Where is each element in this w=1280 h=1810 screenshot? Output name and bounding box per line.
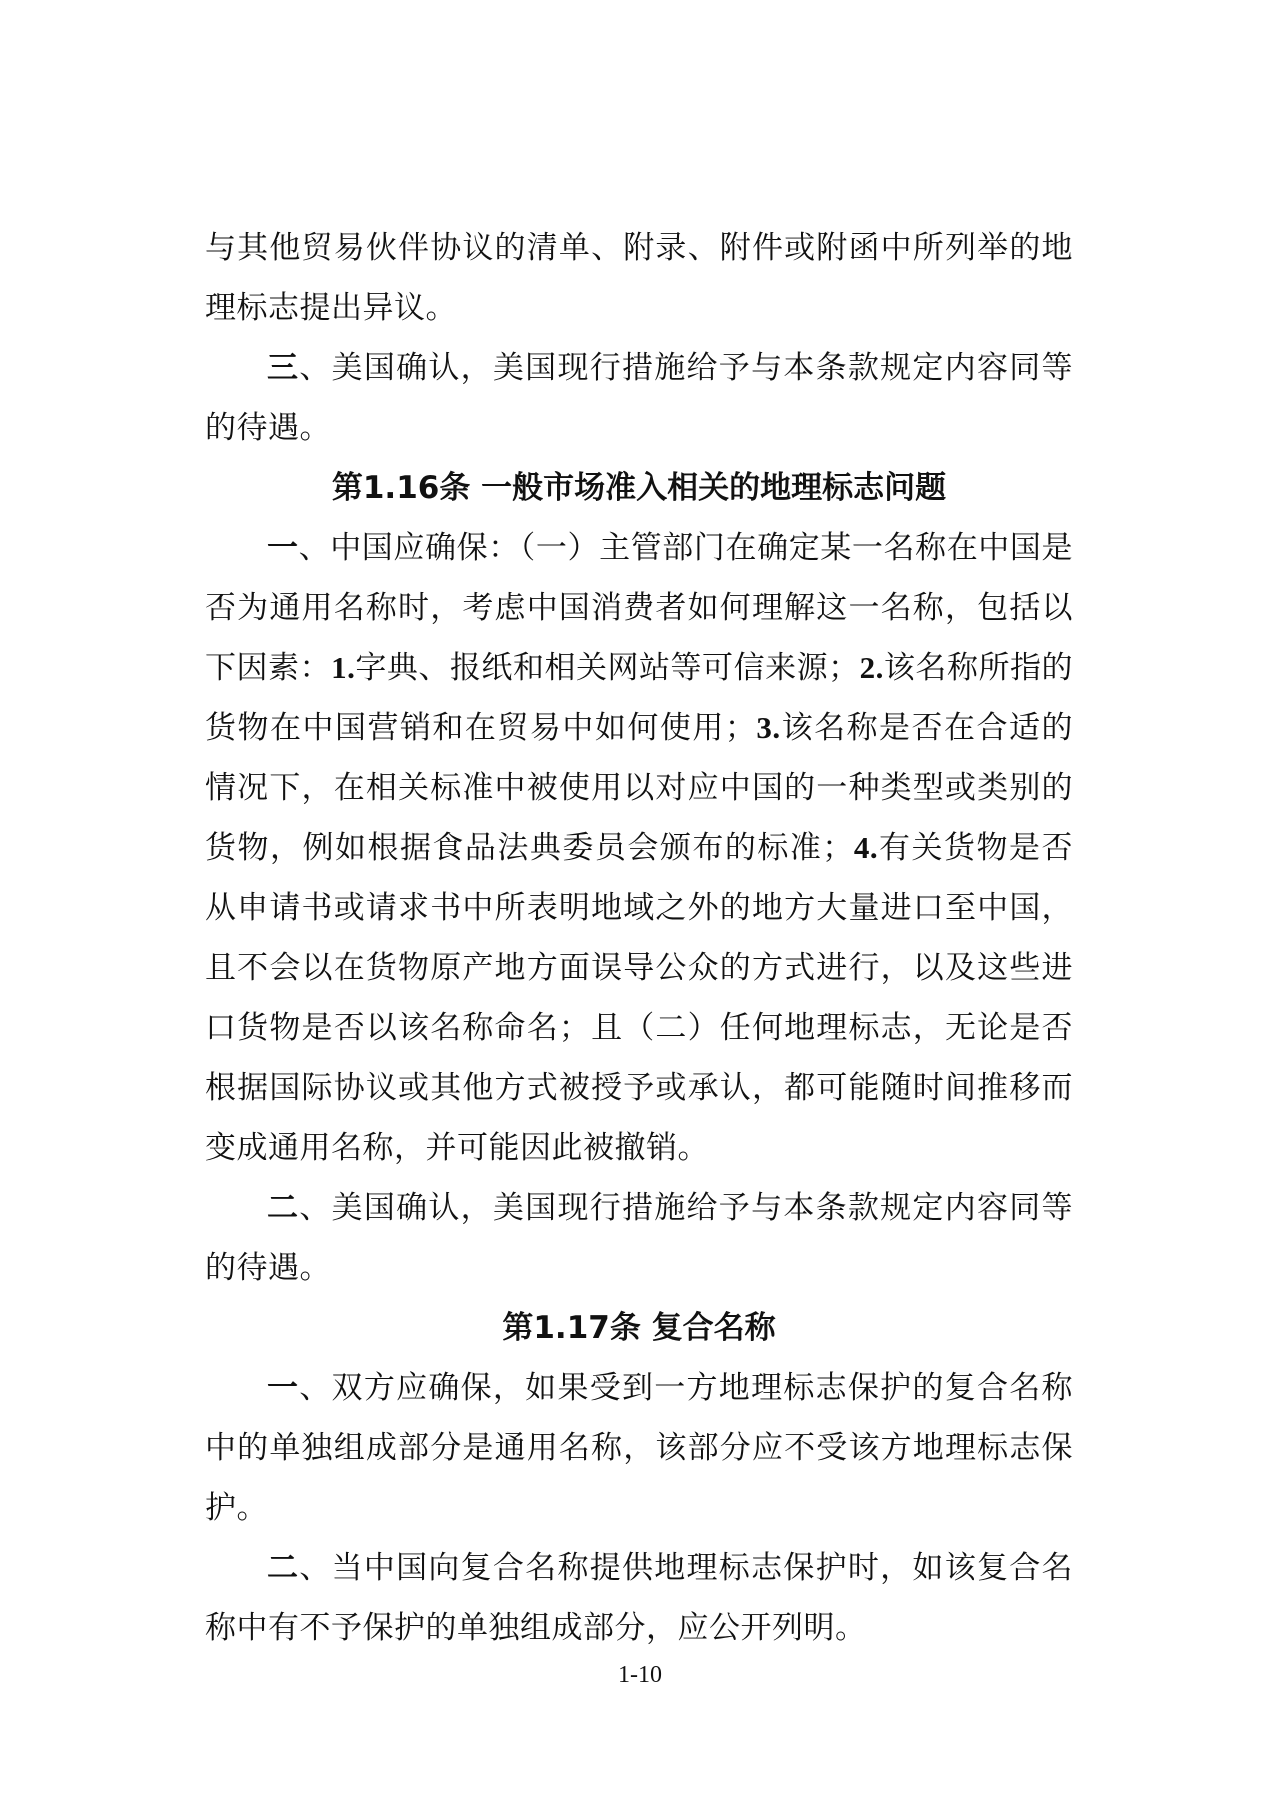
continuation-paragraph: 与其他贸易伙伴协议的清单、附录、附件或附函中所列举的地理标志提出异议。 xyxy=(205,218,1073,338)
factor-number: 1. xyxy=(331,650,355,685)
factor-number: 4. xyxy=(854,830,878,865)
article-1-16-clause-1: 一、中国应确保：（一）主管部门在确定某一名称在中国是否为通用名称时，考虑中国消费… xyxy=(205,518,1073,1178)
document-page: 与其他贸易伙伴协议的清单、附录、附件或附函中所列举的地理标志提出异议。 三、美国… xyxy=(205,218,1073,1658)
clause-label: 二 xyxy=(267,1190,299,1226)
clause-text: 、美国确认，美国现行措施给予与本条款规定内容同等的待遇。 xyxy=(205,1190,1073,1286)
clause-text: 、双方应确保，如果受到一方地理标志保护的复合名称中的单独组成部分是通用名称，该部… xyxy=(205,1370,1073,1526)
article-1-17-clause-1: 一、双方应确保，如果受到一方地理标志保护的复合名称中的单独组成部分是通用名称，该… xyxy=(205,1358,1073,1538)
clause-label: 三 xyxy=(267,350,299,386)
clause-text: 、美国确认，美国现行措施给予与本条款规定内容同等的待遇。 xyxy=(205,350,1073,446)
factor-number: 2. xyxy=(860,650,884,685)
clause-label: 一 xyxy=(267,1370,299,1406)
clause-label: 一 xyxy=(267,530,299,566)
article-1-16-heading: 第1.16条 一般市场准入相关的地理标志问题 xyxy=(205,458,1073,518)
factor-text: 字典、报纸和相关网站等可信来源； xyxy=(355,650,859,686)
article-1-17-clause-2: 二、当中国向复合名称提供地理标志保护时，如该复合名称中有不予保护的单独组成部分，… xyxy=(205,1538,1073,1658)
clause-text: 、当中国向复合名称提供地理标志保护时，如该复合名称中有不予保护的单独组成部分，应… xyxy=(205,1550,1073,1646)
factor-number: 3. xyxy=(756,710,780,745)
factor-text: 有关货物是否从申请书或请求书中所表明地域之外的地方大量进口至中国，且不会以在货物… xyxy=(205,830,1073,1166)
page-number: 1-10 xyxy=(0,1662,1280,1689)
article-1-16-clause-2: 二、美国确认，美国现行措施给予与本条款规定内容同等的待遇。 xyxy=(205,1178,1073,1298)
article-1-17-heading: 第1.17条 复合名称 xyxy=(205,1298,1073,1358)
clause-3-paragraph: 三、美国确认，美国现行措施给予与本条款规定内容同等的待遇。 xyxy=(205,338,1073,458)
clause-label: 二 xyxy=(267,1550,299,1586)
